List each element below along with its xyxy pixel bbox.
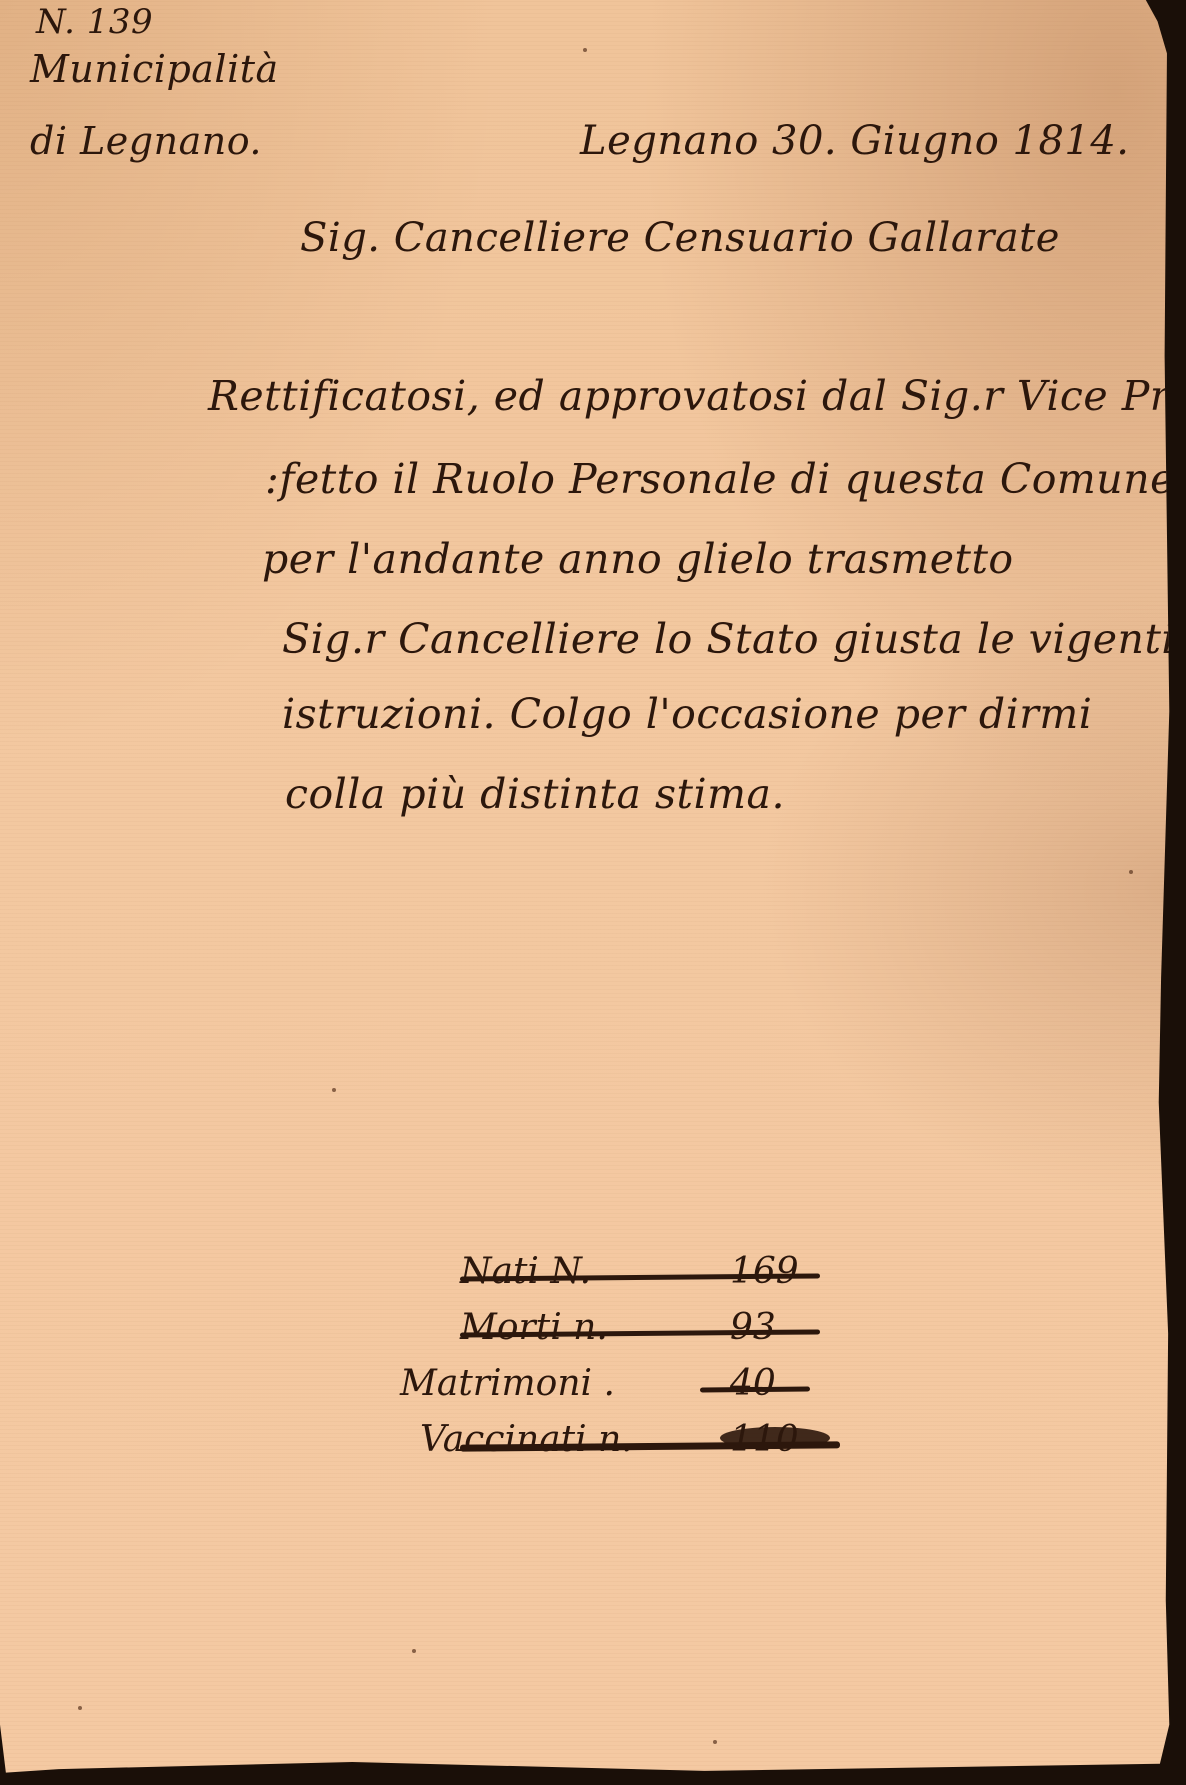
body-line-4: Sig.r Cancelliere lo Stato giusta le vig… [282,615,1175,663]
sender-line-1: Municipalità [30,50,279,88]
addressee: Sig. Cancelliere Censuario Gallarate [300,215,1060,261]
reference-number: N. 139 [36,2,153,42]
tally-value: 40 [730,1363,776,1404]
tally-row-deaths: Morti n. 93 [400,1301,840,1357]
paper-speck [412,1649,416,1653]
paper-speck [78,1706,82,1710]
tally-row-births: Nati N. 169 [400,1245,840,1301]
tally-label: Morti n. [460,1307,608,1348]
paper-speck [583,48,587,52]
paper-speck [332,1088,336,1092]
body-line-2: :fetto il Ruolo Personale di questa Comu… [265,455,1175,503]
tally-value: 93 [730,1307,776,1348]
paper-speck [713,1740,717,1744]
tally-label: Matrimoni . [400,1363,615,1404]
strikethrough-line [700,1387,810,1393]
tally-label: Vaccinati n. [420,1419,633,1460]
body-line-5: istruzioni. Colgo l'occasione per dirmi [282,690,1092,738]
struck-tally: Nati N. 169 Morti n. 93 Matrimoni . 40 V… [400,1245,840,1469]
body-line-6: colla più distinta stima. [285,770,785,818]
paper-speck [1129,870,1133,874]
ink-blot [720,1427,830,1449]
body-line-3: per l'andante anno glielo trasmetto [262,535,1014,583]
tally-value: 169 [730,1251,799,1292]
tally-row-marriages: Matrimoni . 40 [400,1357,840,1413]
place-date: Legnano 30. Giugno 1814. [580,118,1130,164]
document-scan: N. 139 Municipalità di Legnano. Legnano … [0,0,1186,1785]
body-line-1: Rettificatosi, ed approvatosi dal Sig.r … [208,372,1186,420]
paper-sheet: N. 139 Municipalità di Legnano. Legnano … [0,0,1174,1778]
tally-label: Nati N. [460,1251,591,1292]
sender-line-2: di Legnano. [30,122,262,160]
tally-row-vaccinations: Vaccinati n. 110 [400,1413,840,1469]
